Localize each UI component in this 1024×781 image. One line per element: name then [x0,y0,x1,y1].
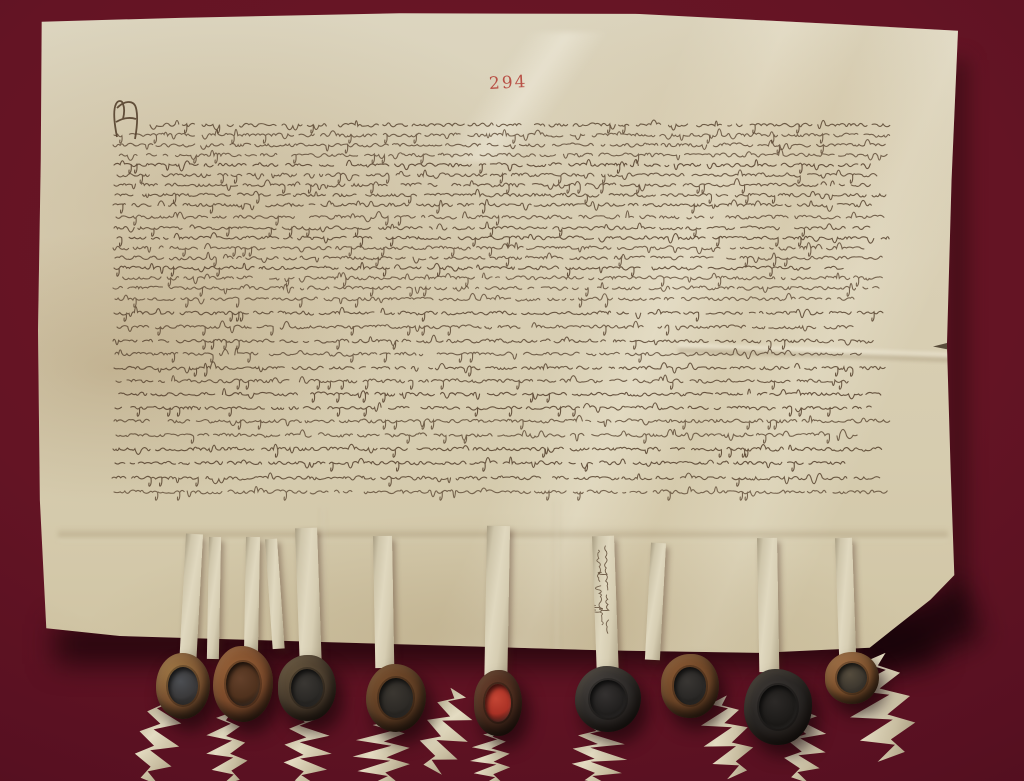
ribbon-curl [198,711,252,781]
ribbon-curl [410,684,486,780]
parchment-charter [38,12,958,660]
ribbon-curl [465,730,512,781]
seal-impression [226,662,260,706]
seal-impression [485,684,512,722]
wax-seal [213,646,273,722]
seal-impression [379,678,413,717]
fold-crease-right [678,343,978,363]
ribbon-curl [347,720,412,781]
wax-seal [744,669,812,745]
wax-seal [825,652,879,704]
seal-impression [590,680,627,718]
plica-fold-line [58,528,948,542]
ribbon-curl [128,692,192,781]
fold-crease-top [358,32,688,162]
ribbon-curl [779,708,835,781]
seal-impression [837,663,867,693]
wax-seal [156,653,210,719]
wax-seal [575,666,641,732]
seal-impression [168,667,198,705]
ribbon-curl [689,692,761,781]
seal-impression [674,667,706,704]
seal-impression [759,685,797,729]
ribbon-curl [281,714,338,781]
edge-tear [933,341,956,352]
wax-seal [366,664,426,732]
seal-impression [291,669,323,707]
ribbon-curl [568,722,634,781]
vertical-crease-1 [320,507,326,657]
ribbon-curl [834,650,923,767]
photograph-backdrop: 294 [0,0,1024,781]
wax-seal [278,655,336,721]
catalog-number: 294 [489,72,528,94]
vertical-crease-2 [553,500,560,658]
wax-seal [474,670,522,736]
wax-seal [661,654,719,718]
